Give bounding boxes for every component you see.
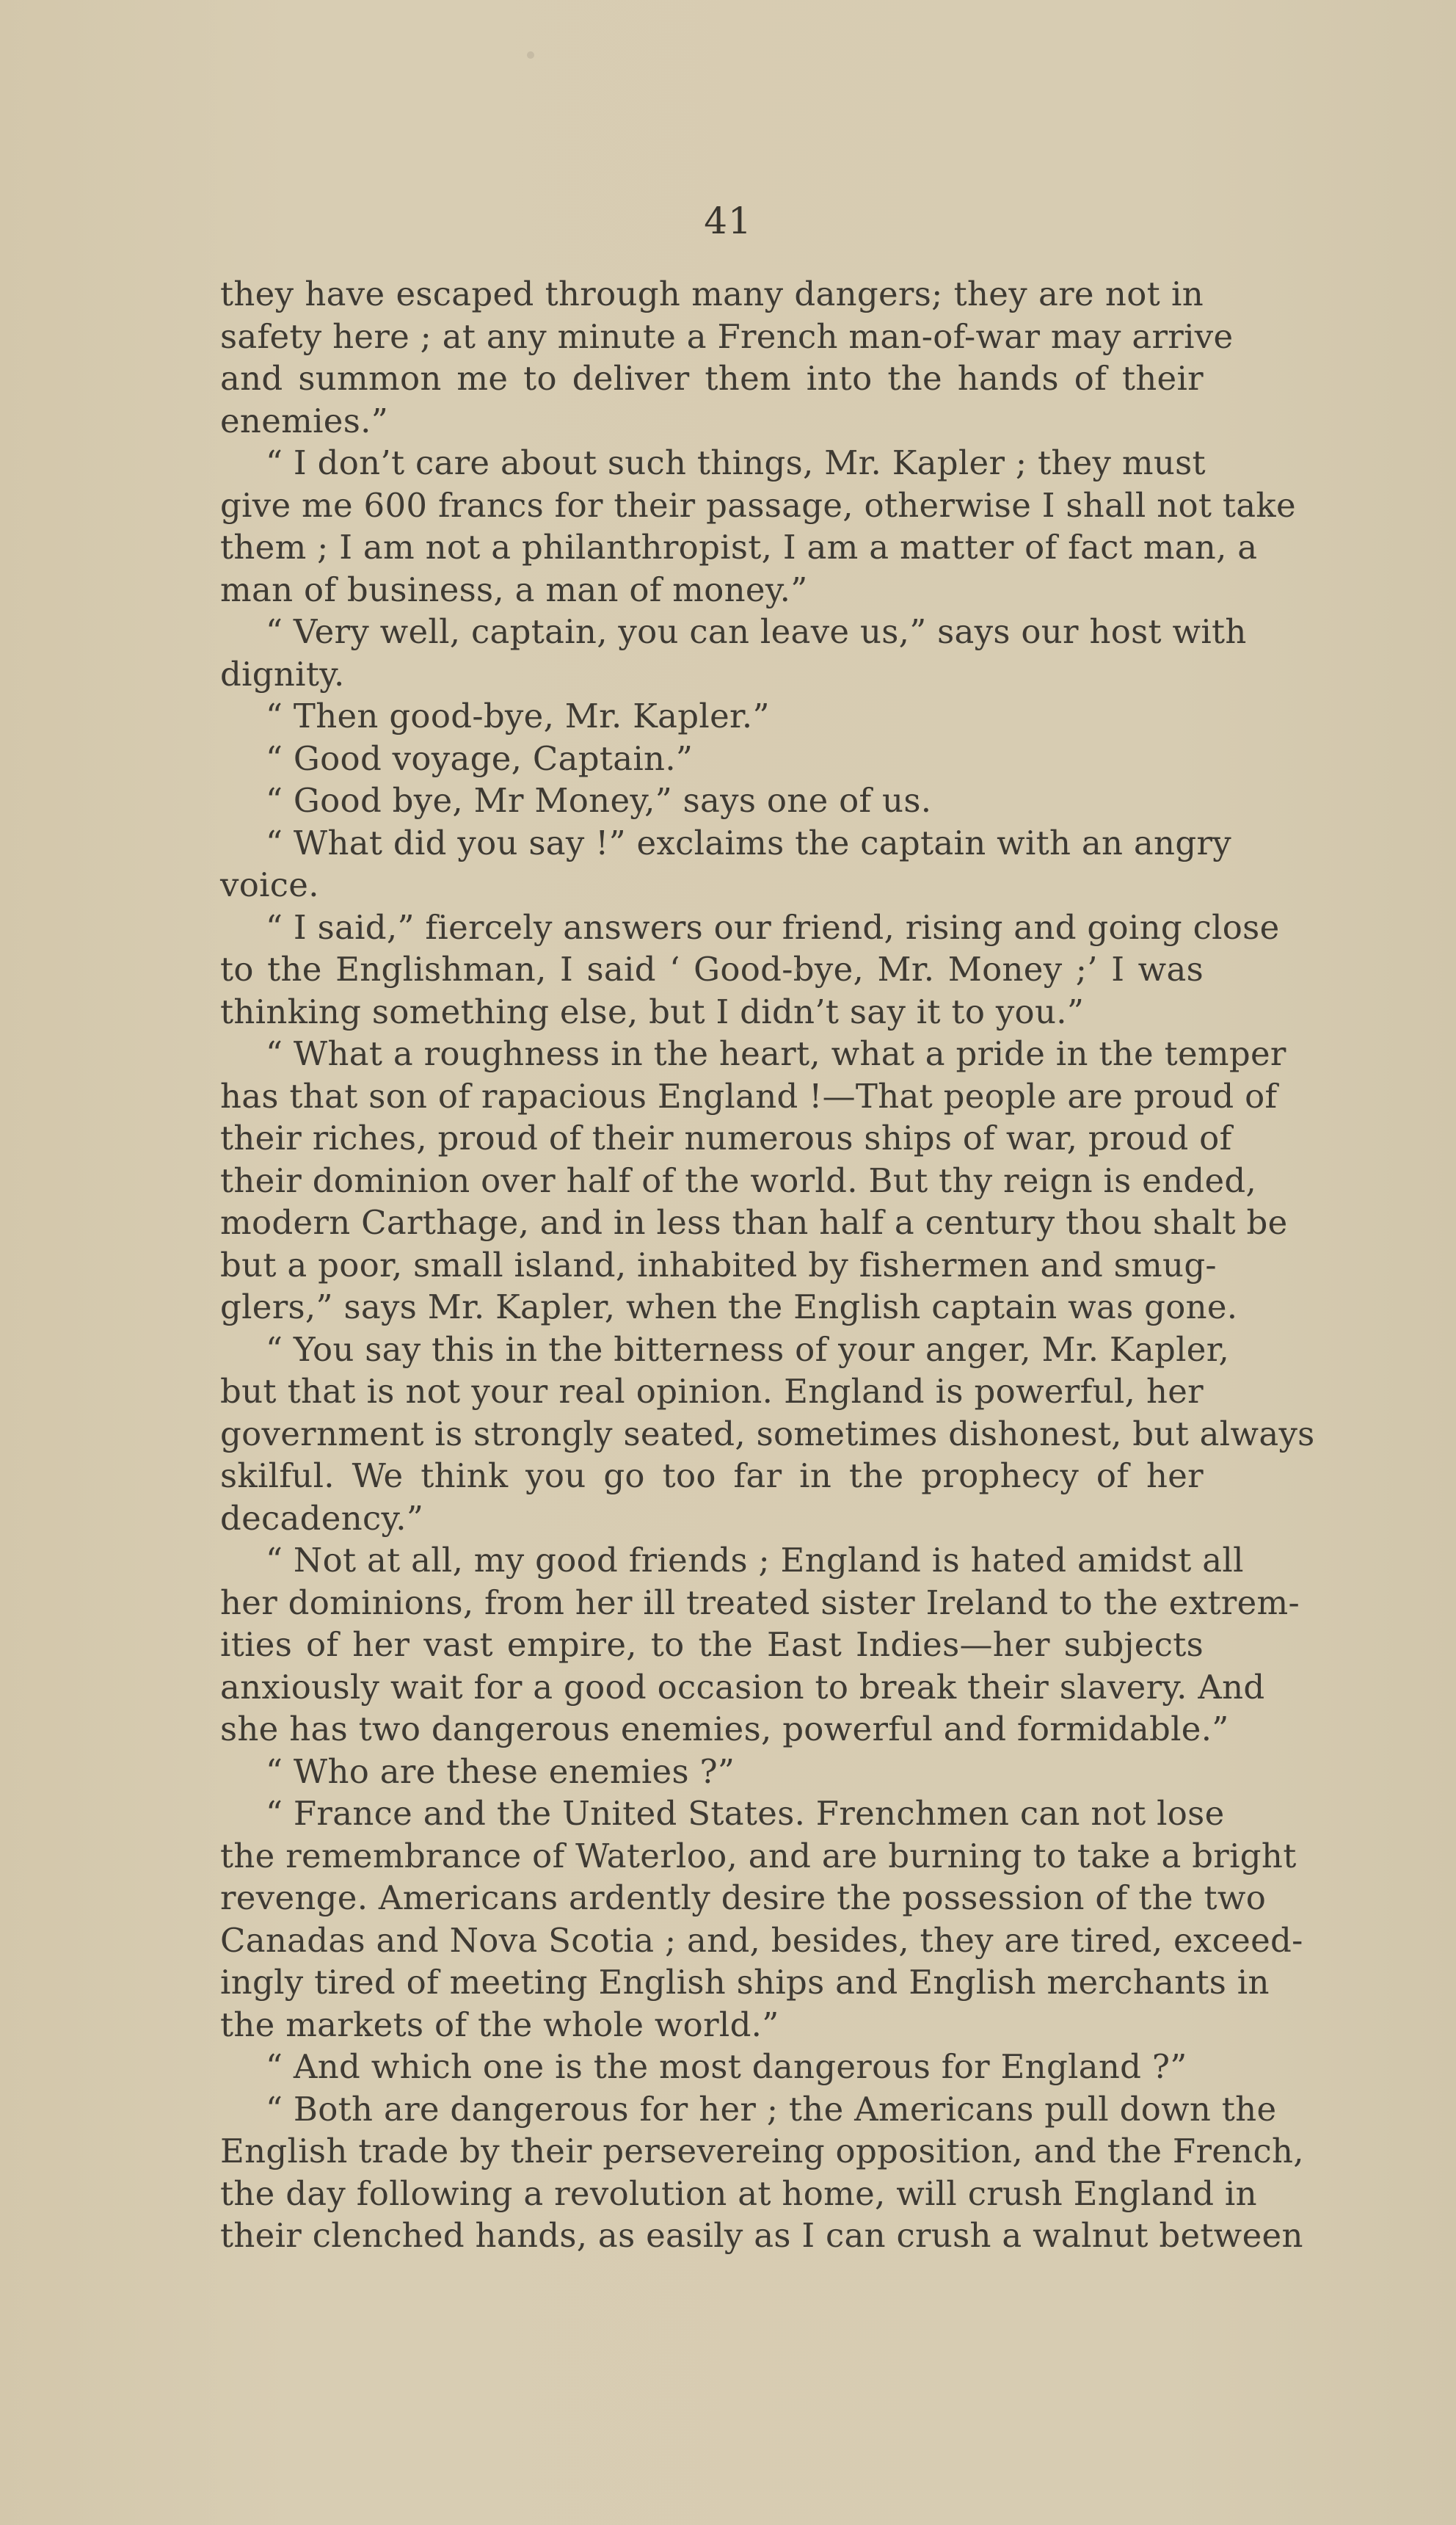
text-line: Canadas and Nova Scotia ; and, besides, … [220,1919,1204,1962]
text-line: government is strongly seated, sometimes… [220,1413,1204,1456]
paragraph: “ I don’t care about such things, Mr. Ka… [220,442,1204,611]
paragraph: “ And which one is the most dangerous fo… [220,2046,1204,2088]
paragraph: “ You say this in the bitterness of your… [220,1329,1204,1540]
text-line: glers,” says Mr. Kapler, when the Englis… [220,1286,1204,1329]
text-line: “ What did you say !” exclaims the capta… [220,822,1204,865]
text-line: “ Not at all, my good friends ; England … [220,1539,1204,1582]
text-line: “ France and the United States. Frenchme… [220,1792,1204,1835]
text-line: their clenched hands, as easily as I can… [220,2215,1204,2257]
paragraph: “ Good voyage, Captain.” [220,738,1204,780]
paragraph: “ France and the United States. Frenchme… [220,1792,1204,2046]
text-line: the remembrance of Waterloo, and are bur… [220,1835,1204,1878]
paragraph: “ Then good-bye, Mr. Kapler.” [220,695,1204,738]
text-line: them ; I am not a philanthropist, I am a… [220,526,1204,569]
text-line: their riches, proud of their numerous sh… [220,1117,1204,1160]
paragraph: “ Who are these enemies ?” [220,1751,1204,1793]
text-line: their dominion over half of the world. B… [220,1160,1204,1202]
text-line: “ I don’t care about such things, Mr. Ka… [220,442,1204,484]
text-line: “ What a roughness in the heart, what a … [220,1033,1204,1075]
text-line: modern Carthage, and in less than half a… [220,1202,1204,1244]
text-line: but a poor, small island, inhabited by f… [220,1244,1204,1287]
text-line: skilful. We think you go too far in the … [220,1455,1204,1497]
paragraph: “ What a roughness in the heart, what a … [220,1033,1204,1329]
text-line: “ I said,” fiercely answers our friend, … [220,907,1204,949]
text-line: “ You say this in the bitterness of your… [220,1329,1204,1371]
text-line: English trade by their persevereing oppo… [220,2130,1204,2173]
text-line: has that son of rapacious England !—That… [220,1075,1204,1118]
text-line: anxiously wait for a good occasion to br… [220,1666,1204,1709]
text-line: safety here ; at any minute a French man… [220,316,1204,358]
text-line: “ Both are dangerous for her ; the Ameri… [220,2088,1204,2131]
text-line: enemies.” [220,400,1204,443]
text-line: “ Good voyage, Captain.” [220,738,1204,780]
text-line: but that is not your real opinion. Engla… [220,1370,1204,1413]
text-line: revenge. Americans ardently desire the p… [220,1877,1204,1919]
text-line: voice. [220,864,1204,907]
text-line: give me 600 francs for their passage, ot… [220,484,1204,527]
body-text: they have escaped through many dangers; … [220,273,1204,2257]
paragraph: “ What did you say !” exclaims the capta… [220,822,1204,907]
paragraph: “ Very well, captain, you can leave us,”… [220,611,1204,695]
paragraph: “ Not at all, my good friends ; England … [220,1539,1204,1751]
text-line: man of business, a man of money.” [220,569,1204,611]
scan-speck [527,51,534,59]
text-line: ities of her vast empire, to the East In… [220,1624,1204,1666]
paragraph: “ Good bye, Mr Money,” says one of us. [220,780,1204,822]
paragraph: “ I said,” fiercely answers our friend, … [220,907,1204,1033]
paragraph: “ Both are dangerous for her ; the Ameri… [220,2088,1204,2257]
text-line: her dominions, from her ill treated sist… [220,1582,1204,1624]
page-number: 41 [0,200,1456,242]
text-line: to the Englishman, I said ‘ Good-bye, Mr… [220,948,1204,991]
text-line: “ Then good-bye, Mr. Kapler.” [220,695,1204,738]
text-line: dignity. [220,653,1204,696]
paragraph: they have escaped through many dangers; … [220,273,1204,442]
text-line: thinking something else, but I didn’t sa… [220,991,1204,1033]
text-line: ingly tired of meeting English ships and… [220,1961,1204,2004]
text-line: “ Good bye, Mr Money,” says one of us. [220,780,1204,822]
text-line: she has two dangerous enemies, powerful … [220,1708,1204,1751]
text-line: the day following a revolution at home, … [220,2173,1204,2215]
text-line: and summon me to deliver them into the h… [220,357,1204,400]
text-line: decadency.” [220,1497,1204,1540]
text-line: “ And which one is the most dangerous fo… [220,2046,1204,2088]
text-line: “ Who are these enemies ?” [220,1751,1204,1793]
text-line: the markets of the whole world.” [220,2004,1204,2046]
text-line: they have escaped through many dangers; … [220,273,1204,316]
scan-speck [796,967,800,972]
text-line: “ Very well, captain, you can leave us,”… [220,611,1204,653]
